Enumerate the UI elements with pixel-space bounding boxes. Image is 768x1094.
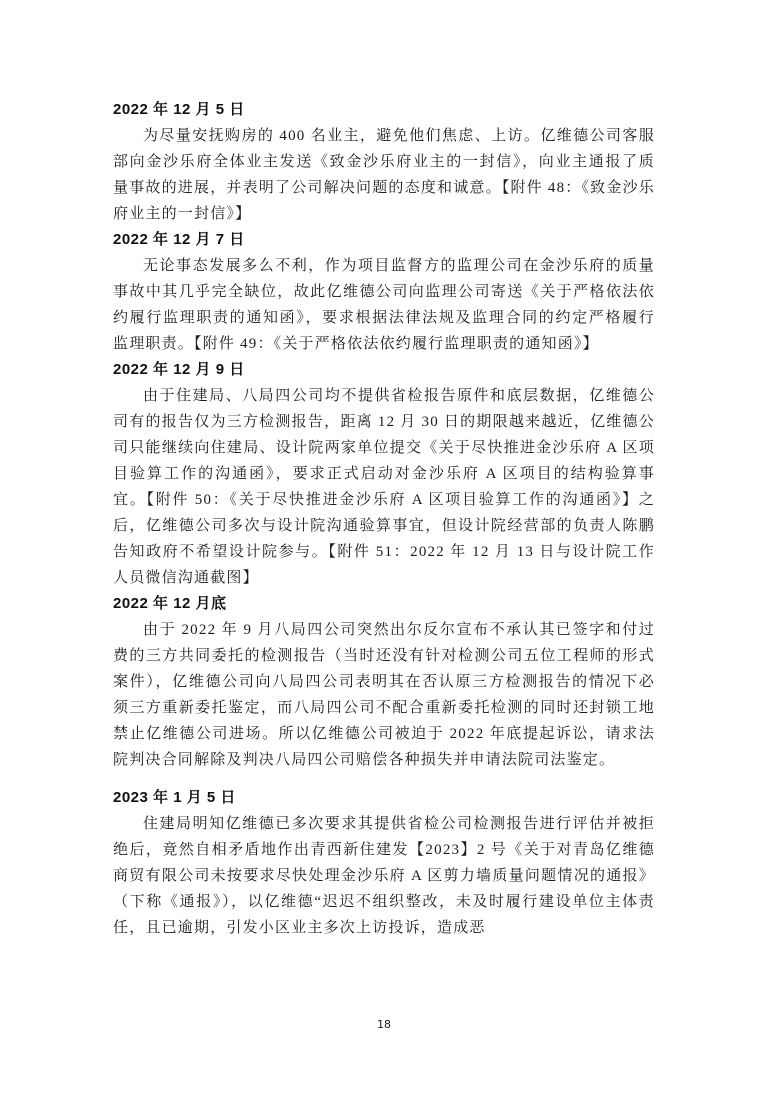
entry-paragraph: 由于住建局、八局四公司均不提供省检报告原件和底层数据，亿维德公司有的报告仅为三方… <box>113 383 655 591</box>
timeline-entry: 2022 年 12 月 7 日 无论事态发展多么不利，作为项目监督方的监理公司在… <box>113 227 655 357</box>
timeline-entry: 2022 年 12 月 9 日 由于住建局、八局四公司均不提供省检报告原件和底层… <box>113 357 655 591</box>
entry-date: 2022 年 12 月 9 日 <box>113 357 655 383</box>
entry-paragraph: 无论事态发展多么不利，作为项目监督方的监理公司在金沙乐府的质量事故中其几乎完全缺… <box>113 253 655 357</box>
entry-date: 2022 年 12 月 5 日 <box>113 97 655 123</box>
timeline-entry: 2022 年 12 月底 由于 2022 年 9 月八局四公司突然出尔反尔宣布不… <box>113 591 655 773</box>
entry-paragraph: 住建局明知亿维德已多次要求其提供省检公司检测报告进行评估并被拒绝后，竟然自相矛盾… <box>113 811 655 941</box>
entry-paragraph: 为尽量安抚购房的 400 名业主，避免他们焦虑、上访。亿维德公司客服部向金沙乐府… <box>113 123 655 227</box>
entry-paragraph: 由于 2022 年 9 月八局四公司突然出尔反尔宣布不承认其已签字和付过费的三方… <box>113 617 655 773</box>
document-content: 2022 年 12 月 5 日 为尽量安抚购房的 400 名业主，避免他们焦虑、… <box>113 97 655 941</box>
page-number: 18 <box>0 1018 768 1031</box>
timeline-entry: 2022 年 12 月 5 日 为尽量安抚购房的 400 名业主，避免他们焦虑、… <box>113 97 655 227</box>
timeline-entry: 2023 年 1 月 5 日 住建局明知亿维德已多次要求其提供省检公司检测报告进… <box>113 785 655 941</box>
entry-date: 2023 年 1 月 5 日 <box>113 785 655 811</box>
entry-date: 2022 年 12 月 7 日 <box>113 227 655 253</box>
document-page: 2022 年 12 月 5 日 为尽量安抚购房的 400 名业主，避免他们焦虑、… <box>0 0 768 1094</box>
entry-date: 2022 年 12 月底 <box>113 591 655 617</box>
